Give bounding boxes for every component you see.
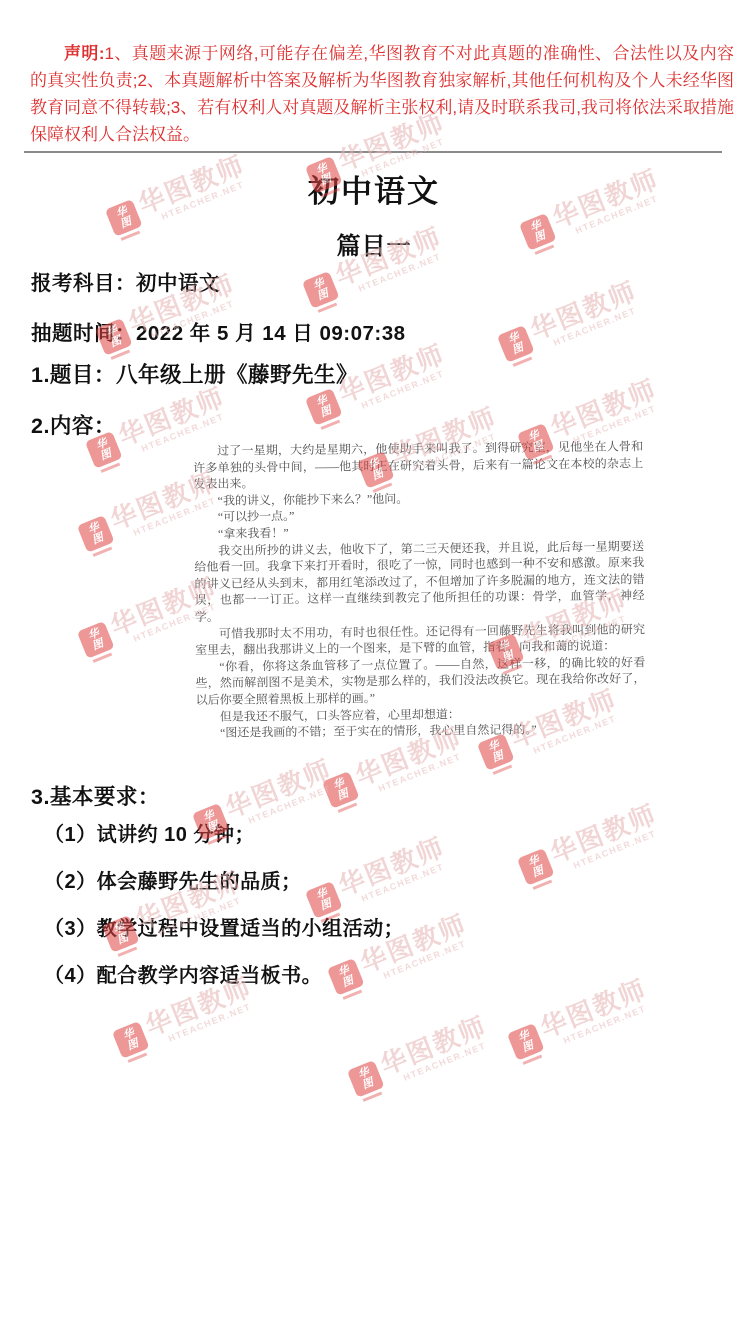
huatu-logo-icon: 华图: [322, 771, 360, 809]
watermark-domain-text: HTEACHER.NET: [552, 303, 644, 347]
huatu-watermark: 华图 华图教师 HTEACHER.NET: [345, 1012, 494, 1101]
watermark-domain-text: HTEACHER.NET: [360, 366, 452, 410]
passage-paragraph: 我交出所抄的讲义去，他收下了，第二三天便还我，并且说，此后每一星期要送给他看一回…: [194, 538, 645, 626]
huatu-logo-icon: 华图: [347, 1060, 385, 1098]
passage-paragraph: 过了一星期，大约是星期六，他使助手来叫我了。到得研究室，见他坐在人骨和许多单独的…: [193, 438, 643, 492]
disclaimer-text: 1、真题来源于网络,可能存在偏差,华图教育不对此真题的准确性、合法性以及内容的真…: [30, 44, 734, 144]
page-subtitle: 篇目一: [0, 226, 748, 261]
disclaimer-paragraph: 声明:1、真题来源于网络,可能存在偏差,华图教育不对此真题的准确性、合法性以及内…: [30, 40, 734, 148]
content-heading: 2.内容：: [31, 409, 116, 440]
huatu-logo-icon: 华图: [507, 1023, 545, 1061]
watermark-domain-text: HTEACHER.NET: [402, 1038, 494, 1082]
huatu-watermark: 华图 华图教师 HTEACHER.NET: [505, 975, 654, 1064]
huatu-logo-icon: 华图: [77, 515, 115, 553]
watermark-brand-text: 华图教师: [527, 277, 641, 343]
huatu-logo-icon: 华图: [77, 621, 115, 659]
huatu-logo-icon: 华图: [517, 848, 555, 886]
exam-subject-label: 报考科目：: [31, 272, 136, 295]
watermark-brand-text: 华图教师: [537, 975, 651, 1041]
watermark-brand-text: 华图教师: [115, 383, 229, 449]
exam-subject-line: 报考科目：初中语文: [31, 266, 220, 296]
watermark-domain-text: HTEACHER.NET: [377, 749, 469, 793]
watermark-domain-text: HTEACHER.NET: [247, 781, 339, 825]
huatu-logo-icon: 华图: [302, 271, 340, 309]
passage-paragraph: “图还是我画的不错；至于实在的情形，我心里自然记得的。”: [196, 720, 646, 741]
exam-time-label: 抽题时间：: [31, 322, 136, 345]
requirements-heading: 3.基本要求：: [31, 780, 160, 811]
huatu-logo-icon: 华图: [112, 1021, 150, 1059]
huatu-logo-icon: 华图: [305, 388, 343, 426]
exam-time-line: 抽题时间：2022 年 5 月 14 日 09:07:38: [31, 316, 406, 346]
watermark-brand-text: 华图教师: [547, 800, 661, 866]
watermark-brand-text: 华图教师: [377, 1012, 491, 1078]
horizontal-divider: [24, 151, 722, 153]
huatu-watermark: 华图 华图教师 HTEACHER.NET: [495, 277, 644, 366]
passage-paragraph: 可惜我那时太不用功，有时也很任性。还记得有一回藤野先生将我叫到他的研究室里去，翻…: [195, 621, 645, 659]
question-heading: 1.题目：八年级上册《藤野先生》: [31, 358, 358, 389]
requirement-item: （2）体会藤野先生的品质；: [44, 869, 404, 895]
requirement-item: （4）配合教学内容适当板书。: [44, 963, 404, 989]
question-title: 八年级上册《藤野先生》: [116, 363, 358, 387]
exam-subject-value: 初中语文: [136, 272, 220, 295]
watermark-domain-text: HTEACHER.NET: [562, 1001, 654, 1045]
huatu-logo-icon: 华图: [497, 325, 535, 363]
requirement-item: （3）教学过程中设置适当的小组活动；: [44, 916, 404, 942]
watermark-brand-text: 华图教师: [222, 755, 336, 821]
exam-time-value: 2022 年 5 月 14 日 09:07:38: [136, 322, 406, 345]
requirements-list: （1）试讲约 10 分钟；（2）体会藤野先生的品质；（3）教学过程中设置适当的小…: [44, 822, 404, 1010]
huatu-watermark: 华图 华图教师 HTEACHER.NET: [515, 800, 664, 889]
page-title: 初中语文: [0, 166, 748, 211]
scanned-passage: 过了一星期，大约是星期六，他使助手来叫我了。到得研究室，见他坐在人骨和许多单独的…: [193, 438, 646, 741]
watermark-domain-text: HTEACHER.NET: [572, 826, 664, 870]
passage-paragraph: “你看，你将这条血管移了一点位置了。——自然，这样一移，的确比较的好看些，然而解…: [195, 654, 645, 708]
question-label: 1.题目：: [31, 363, 116, 387]
requirement-item: （1）试讲约 10 分钟；: [44, 822, 404, 848]
huatu-logo-icon: 华图: [477, 733, 515, 771]
exam-document-page: 声明:1、真题来源于网络,可能存在偏差,华图教育不对此真题的准确性、合法性以及内…: [0, 0, 748, 1335]
watermark-brand-text: 华图教师: [547, 375, 661, 441]
disclaimer-label: 声明:: [64, 44, 105, 63]
